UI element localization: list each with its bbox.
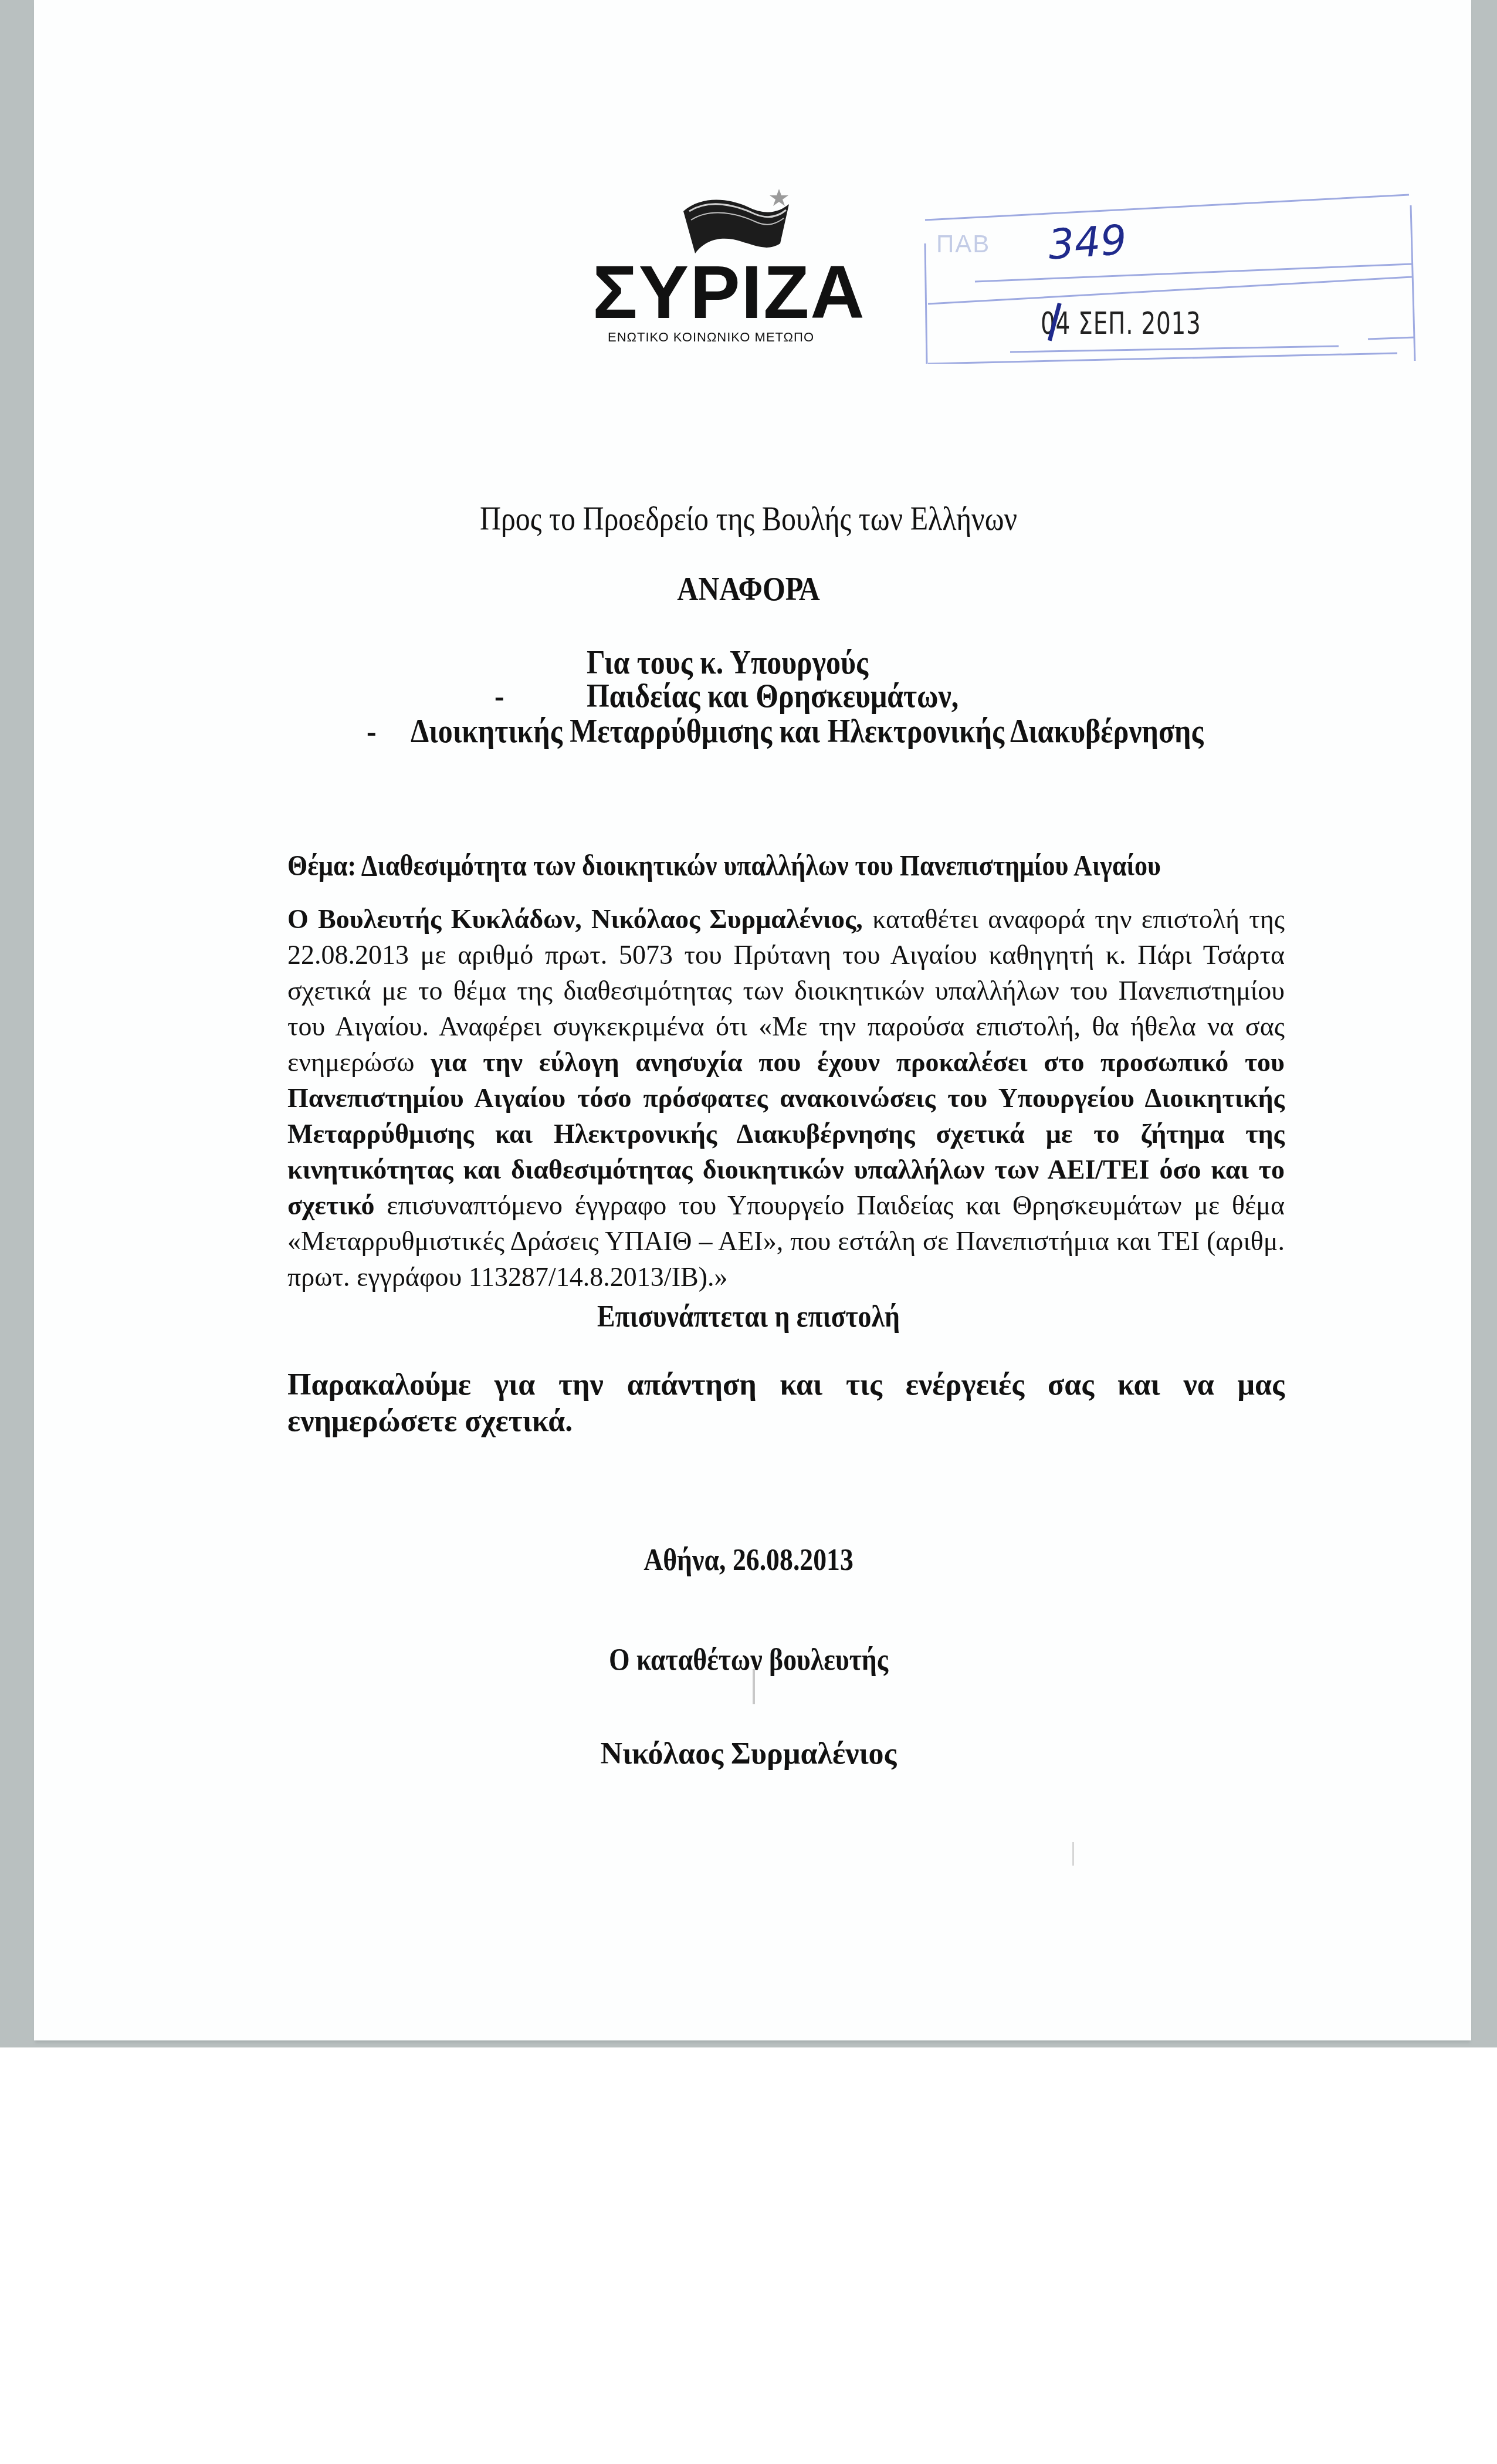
scan-speck [1072, 1842, 1074, 1866]
body-lead: Ο Βουλευτής Κυκλάδων, Νικόλαος Συρμαλένι… [287, 904, 863, 934]
ministry-bullet: - [495, 676, 504, 715]
enclosure-note: Επισυνάπτεται η επιστολή [90, 1299, 1407, 1334]
body-paragraph: Ο Βουλευτής Κυκλάδων, Νικόλαος Συρμαλένι… [287, 901, 1285, 1295]
ministry-bullet: - [367, 711, 377, 750]
party-name: ΣΥΡΙΖΑ [592, 255, 866, 330]
signatory-name: Νικόλαος Συρμαλένιος [0, 1737, 1497, 1771]
place-date: Αθήνα, 26.08.2013 [90, 1543, 1407, 1578]
body-text-end: επισυναπτόμενο έγγραφο του Υπουργείο Παι… [287, 1190, 1285, 1292]
request-paragraph: Παρακαλούμε για την απάντηση και τις ενέ… [287, 1367, 1285, 1440]
document-type: ΑΝΑΦΟΡΑ [105, 569, 1393, 608]
subject-line: Θέμα: Διαθεσιμότητα των διοικητικών υπαλ… [287, 848, 1294, 884]
recipient-line: Προς το Προεδρείο της Βουλής των Ελλήνων [105, 499, 1393, 538]
signatory-title: Ο καταθέτων βουλευτής [90, 1643, 1407, 1677]
party-logo: ΣΥΡΙΖΑ ΕΝΩΤΙΚΟ ΚΟΙΝΩΝΙΚΟ ΜΕΤΩΠΟ [592, 188, 939, 340]
registry-stamp: ΠΑΒ 349 04 ΣΕΠ. 2013 [916, 188, 1421, 364]
party-subtitle: ΕΝΩΤΙΚΟ ΚΟΙΝΩΝΙΚΟ ΜΕΤΩΠΟ [608, 330, 814, 345]
stamp-number: 349 [1046, 215, 1128, 269]
pen-mark [753, 1669, 755, 1704]
ministry-item: Παιδείας και Θρησκευμάτων, [587, 676, 959, 715]
stamp-label: ΠΑΒ [936, 230, 990, 258]
ministry-item: Διοικητικής Μεταρρύθμισης και Ηλεκτρονικ… [411, 711, 1203, 750]
